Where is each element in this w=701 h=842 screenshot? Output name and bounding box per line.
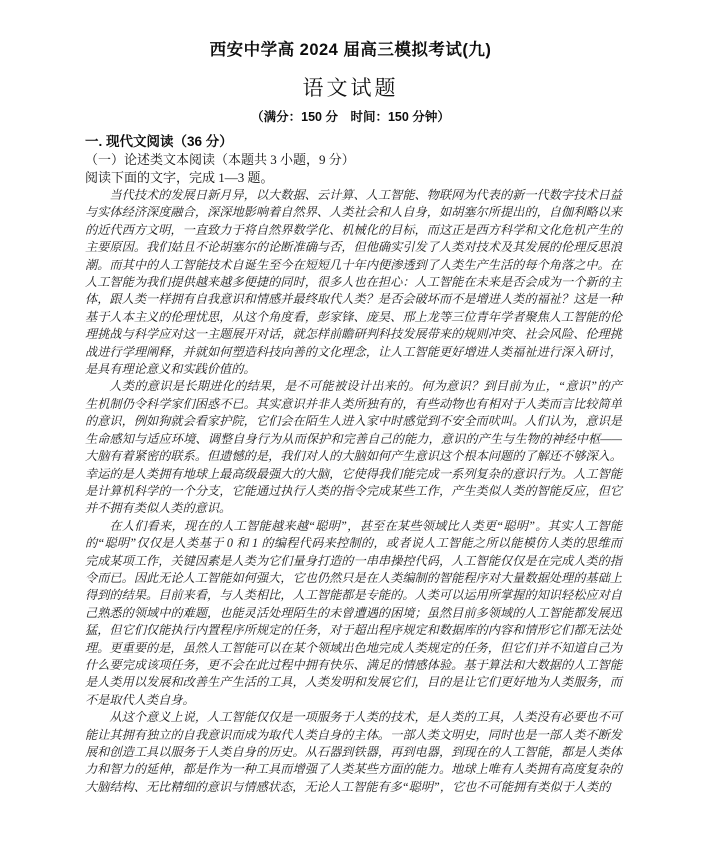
passage-paragraph-1: 当代技术的发展日新月异，以大数据、云计算、人工智能、物联网为代表的新一代数字技术…	[85, 187, 622, 378]
section-one-heading: 一. 现代文阅读（36 分）	[85, 132, 622, 151]
exam-title: 西安中学高 2024 届高三模拟考试(九)	[0, 0, 701, 60]
score-time-info: （满分：150 分 时间：150 分钟）	[0, 109, 701, 126]
exam-paper-page: 西安中学高 2024 届高三模拟考试(九) 语文试题 （满分：150 分 时间：…	[0, 0, 701, 842]
reading-passage: 当代技术的发展日新月异，以大数据、云计算、人工智能、物联网为代表的新一代数字技术…	[85, 187, 622, 796]
passage-paragraph-4: 从这个意义上说，人工智能仅仅是一项服务于人类的技术，是人类的工具，人类没有必要也…	[85, 709, 622, 796]
paper-content: 一. 现代文阅读（36 分） （一）论述类文本阅读（本题共 3 小题，9 分） …	[0, 126, 701, 796]
passage-paragraph-3: 在人们看来，现在的人工智能越来越“聪明”，甚至在某些领域比人类更“聪明”。其实人…	[85, 518, 622, 709]
passage-paragraph-2: 人类的意识是长期进化的结果，是不可能被设计出来的。何为意识？到目前为止，“意识”…	[85, 378, 622, 517]
paper-subject-title: 语文试题	[0, 75, 701, 101]
reading-instruction: 阅读下面的文字，完成 1—3 题。	[85, 169, 622, 187]
subsection-heading: （一）论述类文本阅读（本题共 3 小题，9 分）	[85, 151, 622, 169]
